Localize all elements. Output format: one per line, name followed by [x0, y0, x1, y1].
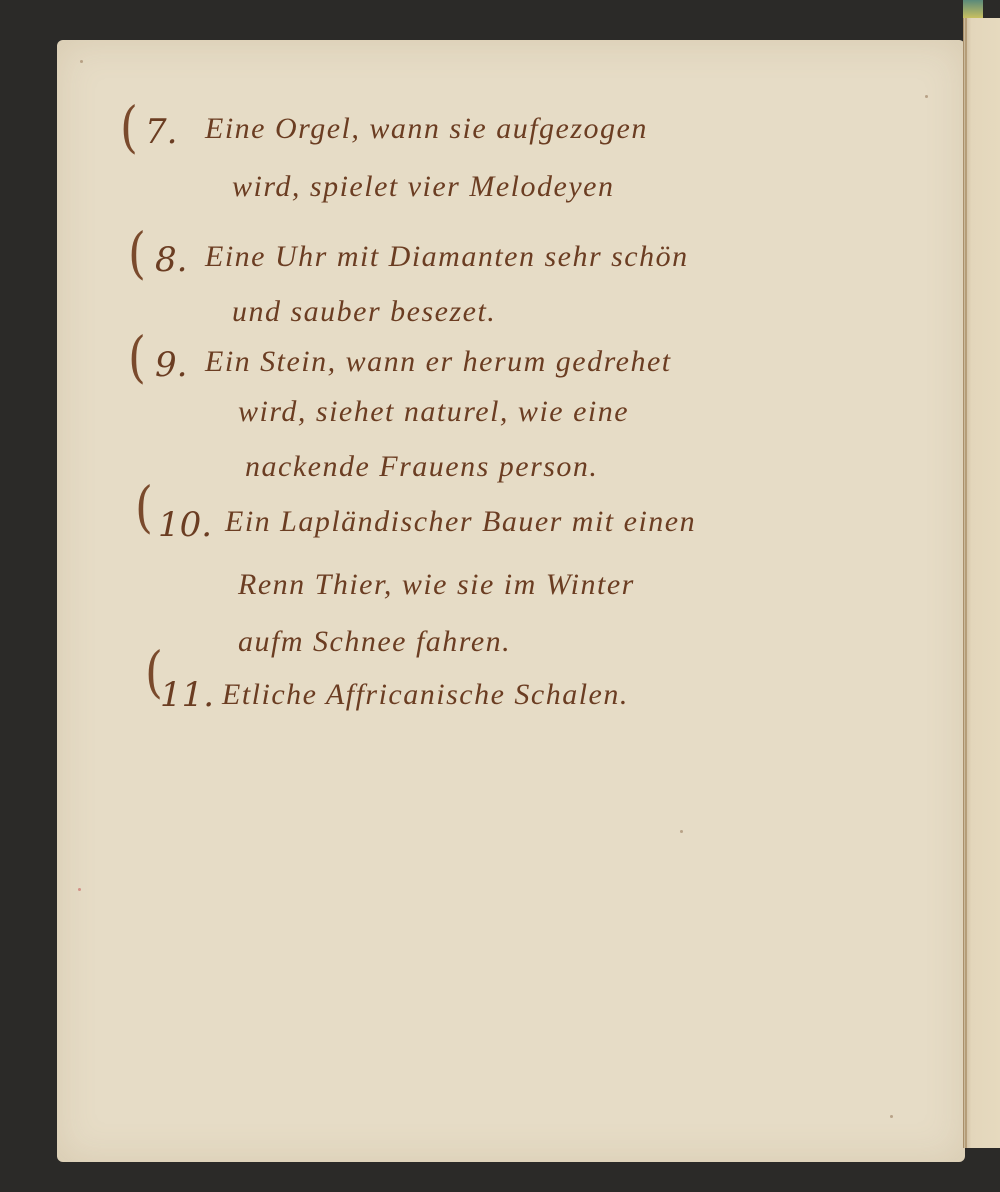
adjacent-page-edge — [963, 18, 1000, 1148]
entry-line: Eine Orgel, wann sie aufgezogen — [205, 112, 648, 146]
entry-line: Eine Uhr mit Diamanten sehr schön — [205, 240, 689, 274]
paper-speck — [925, 95, 928, 98]
entry-line: wird, siehet naturel, wie eine — [238, 395, 629, 429]
paper-speck — [80, 60, 83, 63]
entry-line: wird, spielet vier Melodeyen — [232, 170, 614, 204]
entry-number: 9. — [155, 345, 187, 385]
entry-line: Etliche Affricanische Schalen. — [222, 678, 629, 712]
entry-number: 8. — [155, 240, 187, 280]
entry-line: Renn Thier, wie sie im Winter — [238, 568, 635, 602]
page-fold — [965, 18, 967, 1148]
entry-number: 10. — [158, 505, 212, 545]
bracket-mark: ( — [135, 475, 153, 540]
bracket-mark: ( — [128, 221, 146, 286]
paper-speck — [680, 830, 683, 833]
entry-line: aufm Schnee fahren. — [238, 625, 511, 659]
entry-line: Ein Stein, wann er herum gedrehet — [205, 345, 672, 379]
entry-line: nackende Frauens person. — [245, 450, 598, 484]
paper-speck — [890, 1115, 893, 1118]
bracket-mark: ( — [128, 325, 146, 390]
paper-speck — [78, 888, 81, 891]
entry-line: Ein Lapländischer Bauer mit einen — [225, 505, 696, 539]
bookmark-tab — [963, 0, 983, 18]
bracket-mark: ( — [120, 95, 138, 160]
entry-number: 11. — [160, 675, 214, 715]
entry-line: und sauber besezet. — [232, 295, 496, 329]
entry-number: 7. — [145, 112, 177, 152]
